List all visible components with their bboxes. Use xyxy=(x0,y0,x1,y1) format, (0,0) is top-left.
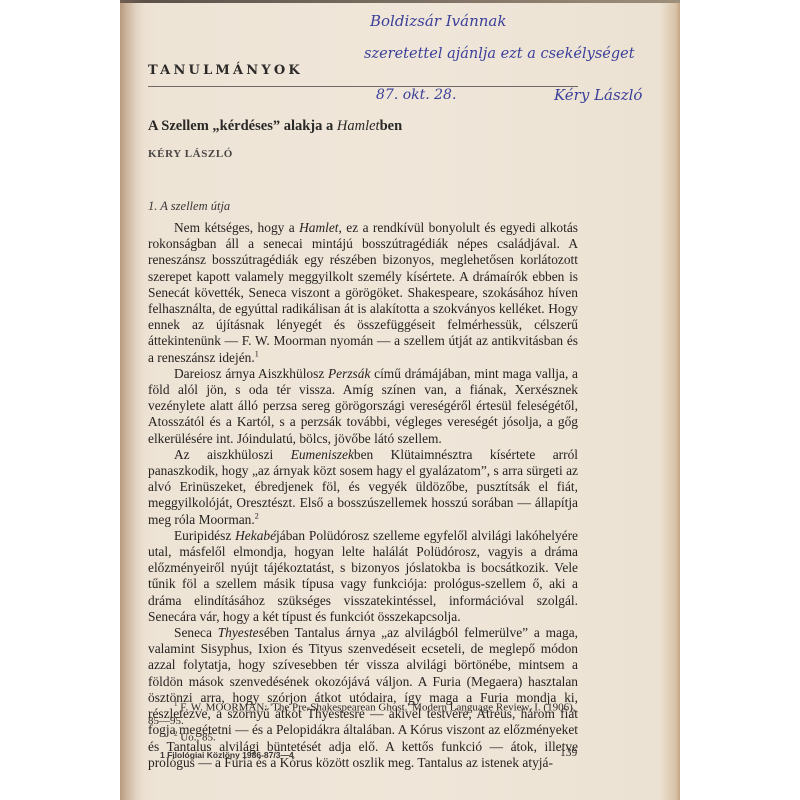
footnote: 2 Uo., 85. xyxy=(148,728,578,745)
book-page: TANULMÁNYOK Boldizsár Ivánnak szeretette… xyxy=(120,0,680,800)
article-body: Nem kétséges, hogy a Hamlet, ez a rendkí… xyxy=(148,220,578,771)
article-title: A Szellem „kérdéses” alakja a Hamletben xyxy=(148,118,402,135)
footnote-text: F. W. MOORMAN: 'The Pre-Shakespearean Gh… xyxy=(148,702,576,727)
title-prefix: A Szellem „kérdéses” alakja a xyxy=(148,118,337,134)
paragraph: Dareiosz árnya Aiszkhülosz Perzsák című … xyxy=(148,366,578,447)
italic-title: Hamlet xyxy=(299,220,338,235)
text-run: Dareiosz árnya Aiszkhülosz xyxy=(174,366,328,381)
footnote: 1 F. W. MOORMAN: 'The Pre-Shakespearean … xyxy=(148,698,578,728)
inscription-date: 87. okt. 28. xyxy=(376,87,456,103)
text-run: Seneca xyxy=(174,625,218,640)
inscription-line2: szeretettel ajánlja ezt a csekélységet xyxy=(364,46,635,62)
footnote-text: Uo., 85. xyxy=(178,731,216,743)
italic-title: Eumeniszek xyxy=(291,447,354,462)
inscription-line1: Boldizsár Ivánnak xyxy=(370,12,506,30)
running-footer: 1 Filológiai Közlöny 1986-87/3—4 xyxy=(160,750,294,760)
page-top-edge xyxy=(120,0,680,3)
text-run: Euripidész xyxy=(174,528,235,543)
paragraph: Euripidész Hekabéjában Polüdórosz szelle… xyxy=(148,528,578,625)
paragraph: Az aiszkhüloszi Eumeniszekben Klütaimnés… xyxy=(148,447,578,528)
text-run: Az aiszkhüloszi xyxy=(174,447,291,462)
italic-title: Hekabé xyxy=(235,528,276,543)
inscription-signature: Kéry László xyxy=(554,86,642,104)
article-author: KÉRY LÁSZLÓ xyxy=(148,148,233,160)
section-title: TANULMÁNYOK xyxy=(148,63,303,78)
text-run: Nem kétséges, hogy a xyxy=(174,220,299,235)
italic-title: Perzsák xyxy=(328,366,370,381)
binding-shadow xyxy=(120,0,144,800)
section-rule xyxy=(148,86,578,87)
footnotes: 1 F. W. MOORMAN: 'The Pre-Shakespearean … xyxy=(148,698,578,744)
title-suffix: ben xyxy=(380,118,403,134)
footnote-ref: 1 xyxy=(255,349,259,358)
italic-title: Thyestes xyxy=(218,625,264,640)
page-number: 139 xyxy=(560,747,577,759)
text-run: , ez a rendkívül bonyolult és egyedi alk… xyxy=(148,220,578,365)
footnote-ref: 2 xyxy=(255,511,259,520)
title-italic: Hamlet xyxy=(337,118,380,134)
section-subhead: 1. A szellem útja xyxy=(148,199,230,214)
paragraph: Nem kétséges, hogy a Hamlet, ez a rendkí… xyxy=(148,220,578,366)
